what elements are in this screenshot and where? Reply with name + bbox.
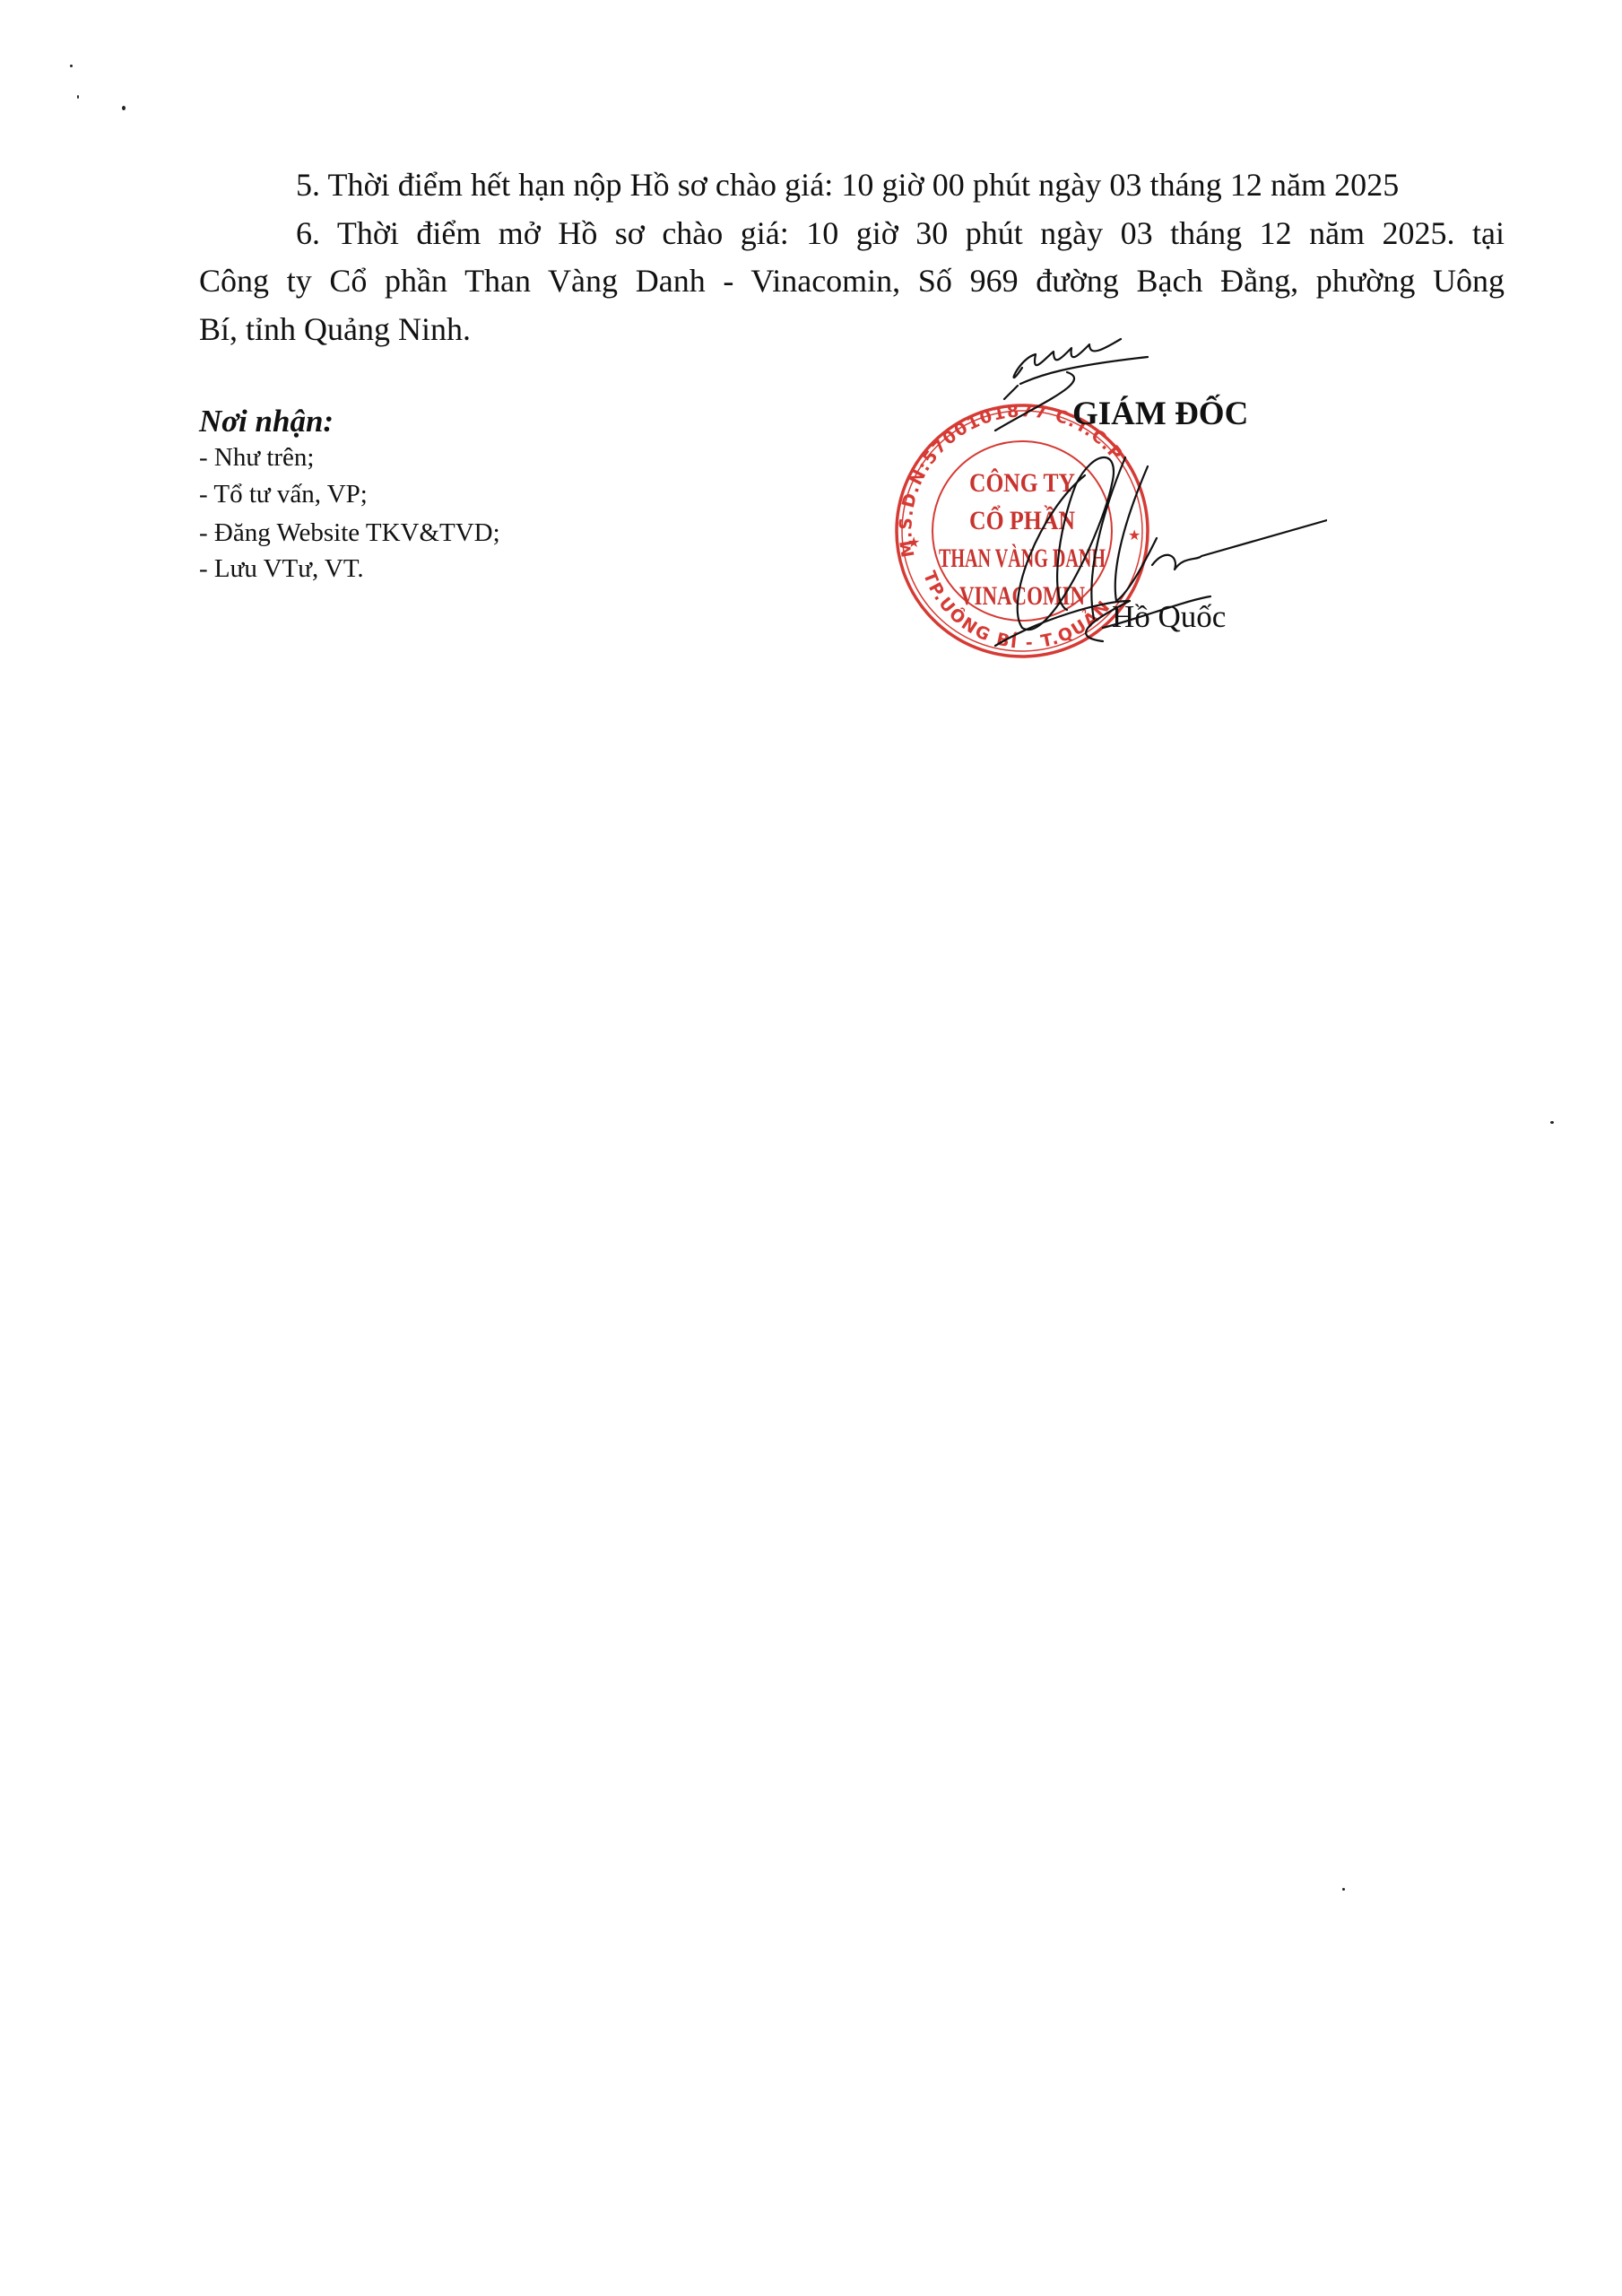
- item-6-line-1: 6. Thời điểm mở Hồ sơ chào giá: 10 giờ 3…: [296, 217, 1505, 249]
- recipient-item: - Tổ tư vấn, VP;: [199, 482, 368, 508]
- scan-speck: [1342, 1888, 1345, 1891]
- star-icon: ★: [907, 535, 920, 551]
- recipient-item: - Như trên;: [199, 445, 314, 471]
- recipient-item: - Đăng Website TKV&TVD;: [199, 520, 500, 546]
- scan-speck: [1550, 1121, 1554, 1124]
- recipient-item: - Lưu VTư, VT.: [199, 556, 364, 582]
- signer-name: Hồ Quốc: [1112, 599, 1226, 635]
- scan-speck: [77, 95, 79, 99]
- scan-speck: [122, 106, 126, 110]
- scan-speck: [70, 65, 73, 67]
- recipients-title: Nơi nhận:: [199, 404, 334, 439]
- document-page: 5. Thời điểm hết hạn nộp Hồ sơ chào giá:…: [0, 0, 1622, 2296]
- item-6-line-2: Công ty Cổ phần Than Vàng Danh - Vinacom…: [199, 265, 1505, 297]
- item-6-line-3: Bí, tỉnh Quảng Ninh.: [199, 313, 471, 345]
- item-5-text: 5. Thời điểm hết hạn nộp Hồ sơ chào giá:…: [296, 169, 1399, 201]
